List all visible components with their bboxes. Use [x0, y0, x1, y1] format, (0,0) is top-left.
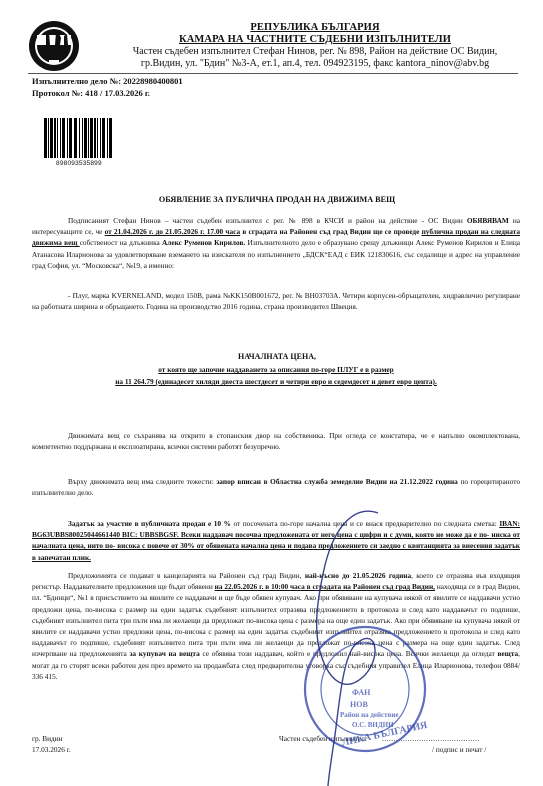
starting-price-line: от която ще започне наддаването за описа… [32, 365, 520, 374]
header-title-republic: РЕПУБЛИКА БЪЛГАРИЯ [100, 22, 530, 33]
storage-paragraph: Движимата вещ се съхранява на открито в … [32, 430, 520, 452]
bid-deadline: най-късно до 21.05.2026 година [305, 571, 411, 580]
signature-line: ........................................… [382, 734, 480, 743]
document-title: ОБЯВЛЕНИЕ ЗА ПУБЛИЧНА ПРОДАН НА ДВИЖИМА … [32, 195, 522, 204]
text: се обявява този наддавач, който е предло… [200, 649, 498, 658]
barcode-number: 898093535899 [56, 160, 102, 167]
text: от посочената по-горе начална цена и се … [231, 519, 499, 528]
text: Предложенията се подават в канцеларията … [68, 571, 305, 580]
text: находяща се в град Видин, пл. “Бдинци“, … [32, 582, 520, 658]
deposit-paragraph: Задатък за участие в публичната продан е… [32, 518, 520, 563]
item-description: - Плуг, марка KVERNELAND, модел 150B, ра… [32, 290, 520, 312]
place: гр. Видин [32, 734, 63, 743]
buyer-phrase: за купувач на вещта [130, 649, 200, 658]
encumbrance-paragraph: Върху движимата вещ има следните тежести… [32, 476, 520, 498]
bid-opening: на 22.05.2026 г. в 10:00 часа в сградата… [215, 582, 435, 591]
svg-text:НОВ: НОВ [350, 700, 368, 709]
starting-price-heading: НАЧАЛНАТА ЦЕНА, [32, 352, 522, 361]
lien-text: запор вписан в Областна служба земеделие… [216, 477, 457, 486]
sale-period: от 21.04.2026 г. до 21.05.2026 г. 17.00 … [105, 227, 241, 236]
debtor-name: Алекс Руменов Кирилов. [162, 238, 245, 247]
header-divider [28, 73, 518, 74]
chamber-seal-icon [28, 20, 80, 72]
item-word: вещта [497, 649, 518, 658]
header-address-line: гр.Видин, ул. "Бдин" №3-А, ет.1, ап.4, т… [100, 58, 530, 69]
header-bailiff-line: Частен съдебен изпълнител Стефан Нинов, … [100, 46, 530, 57]
svg-text:ФАН: ФАН [352, 688, 371, 697]
svg-text:О.С. ВИДИН: О.С. ВИДИН [352, 721, 394, 729]
bidding-paragraph: Предложенията се подават в канцеларията … [32, 570, 520, 682]
deposit-amount: Задатък за участие в публичната продан е… [68, 519, 231, 528]
barcode [44, 118, 112, 158]
starting-price-amount: на 11 264.79 (единадесет хиляди двеста ш… [32, 377, 520, 386]
text: в сградата на Районен съд град Видин ще … [240, 227, 421, 236]
text: собственост на длъжника [80, 238, 162, 247]
header-title-chamber: КАМАРА НА ЧАСТНИТЕ СЪДЕБНИ ИЗПЪЛНИТЕЛИ [100, 34, 530, 45]
svg-text:Район на действие: Район на действие [340, 711, 399, 719]
announce-keyword: ОБЯВЯВАМ [467, 216, 509, 225]
text: Подписаният Стефан Нинов – частен съдебе… [68, 216, 467, 225]
signer-label: Частен съдебен изпълнител: [279, 734, 367, 743]
text: Върху движимата вещ има следните тежести… [68, 477, 216, 486]
date: 17.03.2026 г. [32, 745, 71, 754]
case-number: Изпълнително дело №: 20228980400801 [32, 76, 183, 86]
announcement-paragraph: Подписаният Стефан Нинов – частен съдебе… [32, 215, 520, 271]
signature-note: / подпис и печат / [432, 745, 486, 754]
protocol-number: Протокол №: 418 / 17.03.2026 г. [32, 88, 150, 98]
